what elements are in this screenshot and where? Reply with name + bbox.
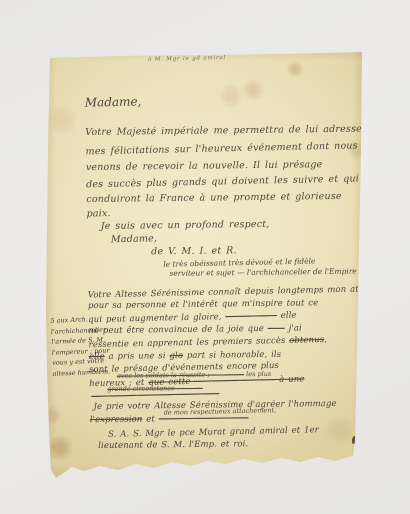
- body-line-4: des succès plus grands qui doivent les s…: [86, 173, 359, 190]
- strikethrough-segment: l'expression: [90, 415, 143, 426]
- body-line-2: mes félicitations sur l'heureux événemen…: [85, 140, 357, 157]
- closing-line-2: Madame,: [111, 233, 157, 245]
- body-line-6: paix.: [86, 208, 110, 220]
- body-line-3: venons de recevoir la nouvelle. Il lui p…: [86, 159, 323, 173]
- photo-background: à M. Mgr le gd amiral 9., Madame, Votre …: [0, 0, 410, 514]
- draft-line-5: ressentie en apprenant les premiers succ…: [89, 335, 328, 350]
- draft-line-1: Votre Altesse Sérénissime connaît depuis…: [88, 284, 406, 301]
- draft-line-6: elle a pris une si glo part si honorable…: [89, 350, 282, 362]
- draft-segment: et: [142, 414, 158, 424]
- draft-segment: j'ai: [285, 323, 302, 333]
- address-note-line-1: S. A. S. Mgr le pce Murat grand amiral e…: [108, 425, 319, 440]
- closing-line-1: Je suis avec un profond respect,: [101, 219, 270, 232]
- draft-segment: elle: [277, 311, 297, 321]
- draft-segment: qui peut augmenter la gloire,: [88, 312, 225, 325]
- strikethrough-segment: ――――――: [225, 311, 277, 322]
- closing-line-3: de V. M. I. et R.: [151, 245, 237, 257]
- strikethrough-segment: obtenus: [289, 335, 324, 346]
- handwritten-text-layer: à M. Mgr le gd amiral 9., Madame, Votre …: [52, 47, 365, 476]
- body-line-5: conduiront la France à une prompte et gl…: [86, 191, 342, 205]
- draft-segment: a pris une si: [105, 351, 170, 362]
- margin-annotation: 5 aux Arch. l'archichancelier l'armée de…: [50, 314, 111, 380]
- catalog-mark: 9.,: [276, 47, 282, 53]
- draft-line-11: l'expression et ―――― ――――――: [90, 413, 249, 425]
- strikethrough-segment: glo: [169, 351, 183, 361]
- strikethrough-segment: ――: [268, 324, 285, 334]
- signature-line-2: serviteur et sujet — l'archichancelier d…: [169, 267, 356, 278]
- body-line-1: Votre Majesté impériale me permettra de …: [85, 124, 367, 138]
- draft-segment: ,: [324, 335, 327, 345]
- salutation-line: Madame,: [85, 94, 142, 109]
- strikethrough-segment: ―――― ――――――: [159, 413, 249, 424]
- address-note-line-2: lieutenant de S. M. l'Emp. et roi.: [98, 439, 248, 451]
- draft-segment: part si honorable, ils: [183, 350, 281, 361]
- draft-line-3: qui peut augmenter la gloire, ―――――― ell…: [88, 311, 297, 326]
- draft-segment: ne peut être convaincue de la joie que: [88, 324, 267, 336]
- draft-segment: pour sa personne et l'intérêt que m'insp…: [88, 298, 318, 311]
- docket-note: à M. Mgr le gd amiral: [148, 55, 226, 63]
- draft-line-4: ne peut être convaincue de la joie que ―…: [88, 323, 302, 336]
- draft-segment: Votre Altesse Sérénissime connaît depuis…: [88, 284, 406, 301]
- draft-line-2: pour sa personne et l'intérêt que m'insp…: [88, 298, 318, 311]
- manuscript-paper: à M. Mgr le gd amiral 9., Madame, Votre …: [46, 52, 364, 479]
- draft-segment: ressentie en apprenant les premiers succ…: [89, 336, 290, 350]
